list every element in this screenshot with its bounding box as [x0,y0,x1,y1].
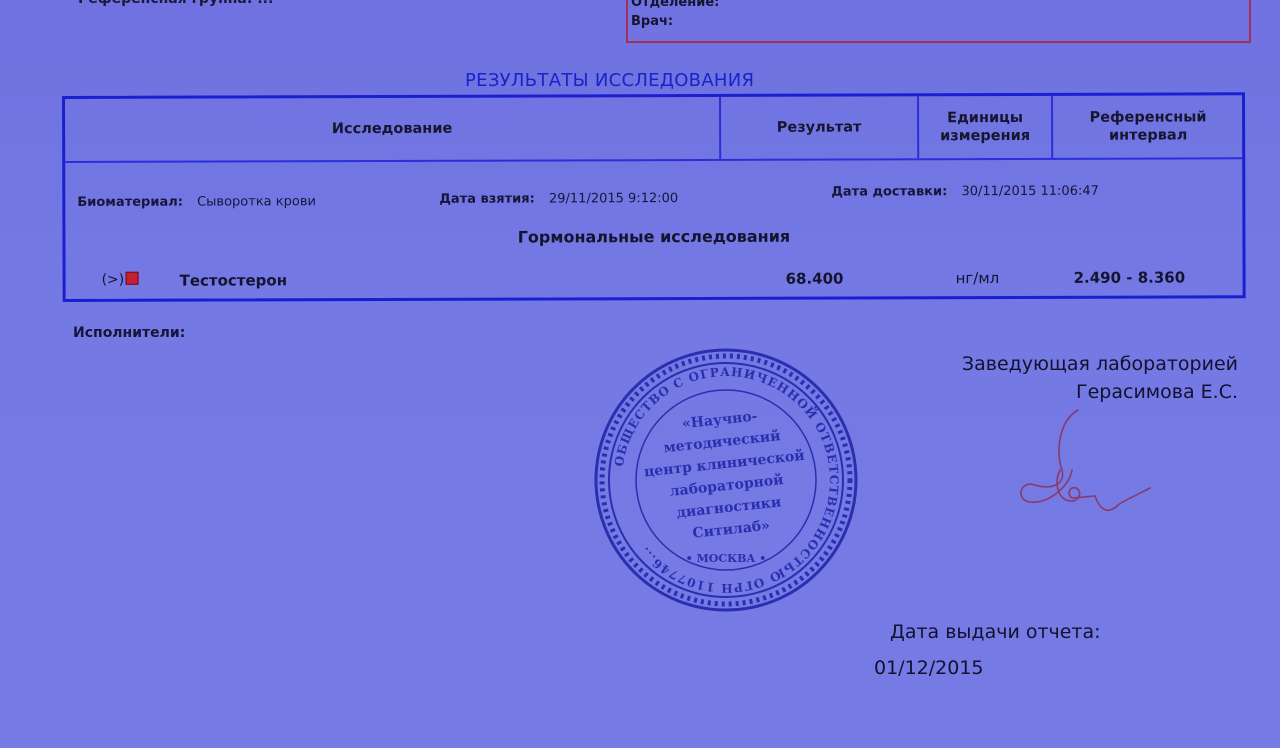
result-value: 68.400 [786,270,844,288]
header-result: Результат [721,96,917,159]
date-taken-label: Дата взятия: [439,192,535,207]
stamp-line: Ситилаб» [692,518,771,542]
date-delivered: Дата доставки: 30/11/2015 11:06:47 [831,184,1099,200]
signature [1000,400,1170,540]
patient-info-box: Отделение: Врач: [626,0,1251,43]
section-title: РЕЗУЛЬТАТЫ ИССЛЕДОВАНИЯ [465,70,754,91]
reference-group-line: Референсная группа: ... [78,0,273,7]
reference-value: 2.490 - 8.360 [1074,268,1186,286]
organization-stamp: ОБЩЕСТВО С ОГРАНИЧЕННОЙ ОТВЕТСТВЕННОСТЬЮ… [592,346,860,614]
date-delivered-value: 30/11/2015 11:06:47 [961,184,1098,199]
biomaterial: Биоматериал: Сыворотка крови [77,194,316,210]
header-study: Исследование [65,97,719,161]
flag-text: (>) [102,272,125,288]
biomaterial-label: Биоматериал: [77,195,183,210]
doctor-label: Врач: [631,14,673,29]
units-value: нг/мл [956,269,1000,287]
header-reference: Референсный интервал [1053,95,1243,158]
date-taken: Дата взятия: 29/11/2015 9:12:00 [439,191,678,207]
stamp-city: • МОСКВА • [686,552,767,565]
abnormal-flag: (>) [102,272,139,288]
issue-date-value: 01/12/2015 [874,650,1101,686]
issue-date-label: Дата выдачи отчета: [890,621,1101,643]
biomaterial-value: Сыворотка крови [197,194,316,209]
date-delivered-label: Дата доставки: [831,184,947,199]
signatory-block: Заведующая лабораторией Герасимова Е.С. [886,350,1238,406]
group-title: Гормональные исследования [65,225,1242,248]
study-name: Тестостерон [180,271,288,289]
date-taken-value: 29/11/2015 9:12:00 [549,191,678,206]
department-label: Отделение: [631,0,719,10]
stamp-line: «Научно- [681,408,758,432]
header-units: Единицы измерения [919,96,1051,158]
table-header: Исследование Результат Единицы измерения… [65,95,1242,163]
issue-block: Дата выдачи отчета: 01/12/2015 [890,614,1101,686]
red-flag-icon [125,272,138,285]
performers-label: Исполнители: [73,325,185,341]
results-table: Исследование Результат Единицы измерения… [62,92,1246,302]
signatory-title: Заведующая лабораторией [886,350,1238,378]
